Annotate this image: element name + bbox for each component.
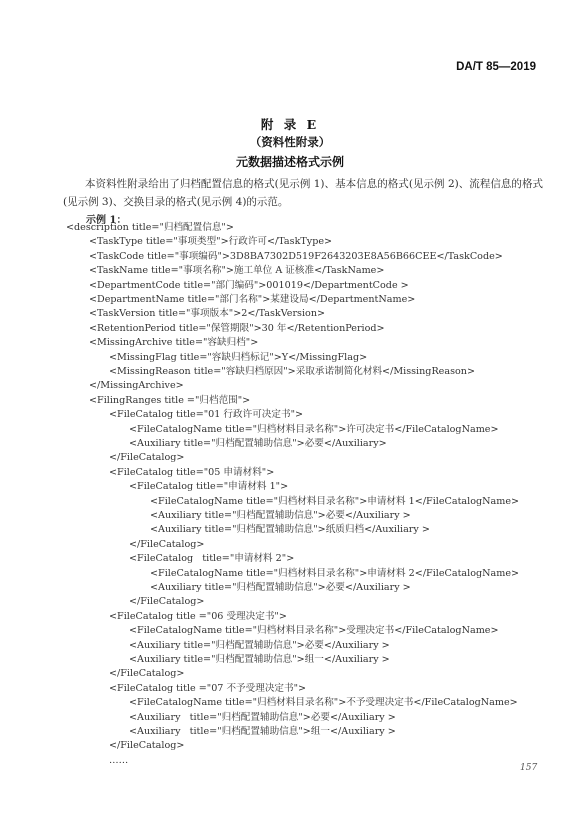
code-line: <RetentionPeriod title="保管期限">30 年</Rete… — [89, 322, 385, 336]
code-line: <TaskCode title="事项编码">3D8BA7302D519F264… — [89, 250, 503, 264]
code-line: <FileCatalog title="申请材料 2"> — [129, 552, 294, 566]
code-line: <Auxiliary title="归档配置辅助信息">必要</Auxiliar… — [150, 581, 411, 595]
code-line: <FileCatalog title="申请材料 1"> — [129, 480, 288, 494]
code-line: <DepartmentCode title="部门编码">001019</Dep… — [89, 279, 409, 293]
code-line: </FileCatalog> — [109, 667, 184, 681]
intro-paragraph: 本资料性附录给出了归档配置信息的格式(见示例 1)、基本信息的格式(见示例 2)… — [63, 176, 543, 211]
code-line: <FileCatalogName title="归档材料目录名称">受理决定书<… — [129, 624, 499, 638]
appendix-title: 附 录 E — [0, 115, 580, 133]
code-line: <description title="归档配置信息"> — [66, 221, 234, 235]
code-line: <FileCatalog title ="06 受理决定书"> — [109, 610, 287, 624]
code-line: <FileCatalogName title="归档材料目录名称">许可决定书<… — [129, 423, 499, 437]
code-line: <MissingFlag title="容缺归档标记">Y</MissingFl… — [109, 351, 367, 365]
code-line: …… — [109, 754, 128, 768]
code-line: </FileCatalog> — [129, 538, 204, 552]
code-line: <FilingRanges title ="归档范围"> — [89, 394, 250, 408]
code-line: <FileCatalog title="01 行政许可决定书"> — [109, 408, 303, 422]
code-line: <Auxiliary title="归档配置辅助信息">组一</Auxiliar… — [129, 725, 396, 739]
code-line: <TaskVersion title="事项版本">2</TaskVersion… — [89, 307, 325, 321]
code-line: <MissingReason title="容缺归档原因">采取承诺制简化材料<… — [109, 365, 475, 379]
code-line: <DepartmentName title="部门名称">某建设局</Depar… — [89, 293, 415, 307]
code-line: <Auxiliary title="归档配置辅助信息">必要</Auxiliar… — [129, 437, 387, 451]
appendix-subject: 元数据描述格式示例 — [0, 153, 580, 170]
appendix-nature: （资料性附录） — [0, 134, 580, 150]
code-line: <TaskType title="事项类型">行政许可</TaskType> — [89, 235, 332, 249]
code-line: <Auxiliary title="归档配置辅助信息">必要</Auxiliar… — [150, 509, 411, 523]
code-line: </FileCatalog> — [129, 595, 204, 609]
code-line: <TaskName title="事项名称">施工单位 A 证核准</TaskN… — [89, 264, 384, 278]
code-line: </FileCatalog> — [109, 739, 184, 753]
code-line: <MissingArchive title="容缺归档"> — [89, 336, 258, 350]
code-line: <FileCatalogName title="归档材料目录名称">申请材料 2… — [150, 567, 519, 581]
document-code: DA/T 85—2019 — [456, 61, 536, 73]
code-line: <Auxiliary title="归档配置辅助信息">必要</Auxiliar… — [129, 711, 396, 725]
code-line: <Auxiliary title="归档配置辅助信息">组一</Auxiliar… — [129, 653, 390, 667]
code-line: </MissingArchive> — [89, 379, 184, 393]
code-line: <FileCatalogName title="归档材料目录名称">不予受理决定… — [129, 696, 518, 710]
code-line: <Auxiliary title="归档配置辅助信息">必要</Auxiliar… — [129, 639, 390, 653]
code-line: <FileCatalogName title="归档材料目录名称">申请材料 1… — [150, 495, 519, 509]
page-number: 157 — [520, 763, 537, 773]
code-line: <FileCatalog title="05 申请材料"> — [109, 466, 274, 480]
code-line: </FileCatalog> — [109, 451, 184, 465]
code-line: <FileCatalog title ="07 不予受理决定书"> — [109, 682, 306, 696]
code-line: <Auxiliary title="归档配置辅助信息">纸质归档</Auxili… — [150, 523, 430, 537]
